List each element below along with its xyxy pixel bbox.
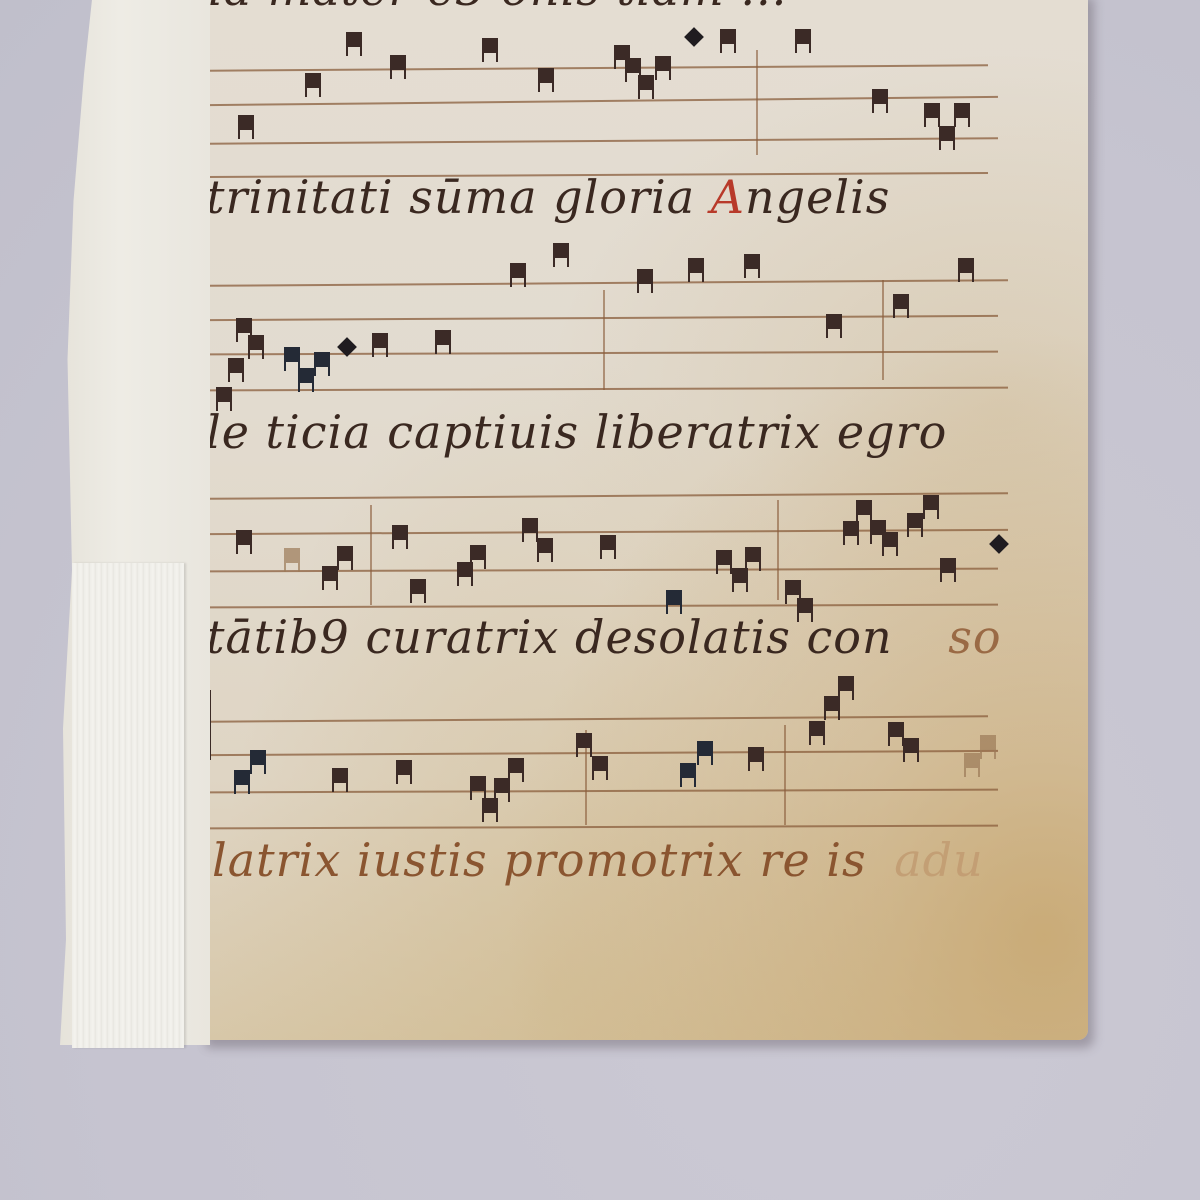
text-line-2-start: trinitati sūma gloria [206, 170, 711, 224]
text-line-2: trinitati sūma gloria Angelis [206, 170, 890, 224]
text-line-4-main: tātib9 curatrix desolatis con [206, 610, 893, 664]
text-line-4: tātib9 curatrix desolatis con so [206, 610, 1002, 664]
text-line-5-main: latrix iustis promotrix re is [212, 833, 867, 887]
manuscript-leaf: ia mater e3 onis tiam ... trinitati sūma… [200, 0, 1088, 1040]
hinge-paper-strip [72, 563, 184, 1048]
text-line-5-trailing: adu [894, 833, 984, 887]
text-line-4-trailing: so [948, 610, 1001, 664]
text-line-1: ia mater e3 onis tiam ... [208, 0, 787, 16]
text-line-2-end: ngelis [745, 170, 890, 224]
text-line-5: latrix iustis promotrix re is adu [212, 833, 984, 887]
text-line-3: le ticia captiuis liberatrix egro [206, 405, 947, 459]
rubric-initial: A [711, 170, 745, 224]
